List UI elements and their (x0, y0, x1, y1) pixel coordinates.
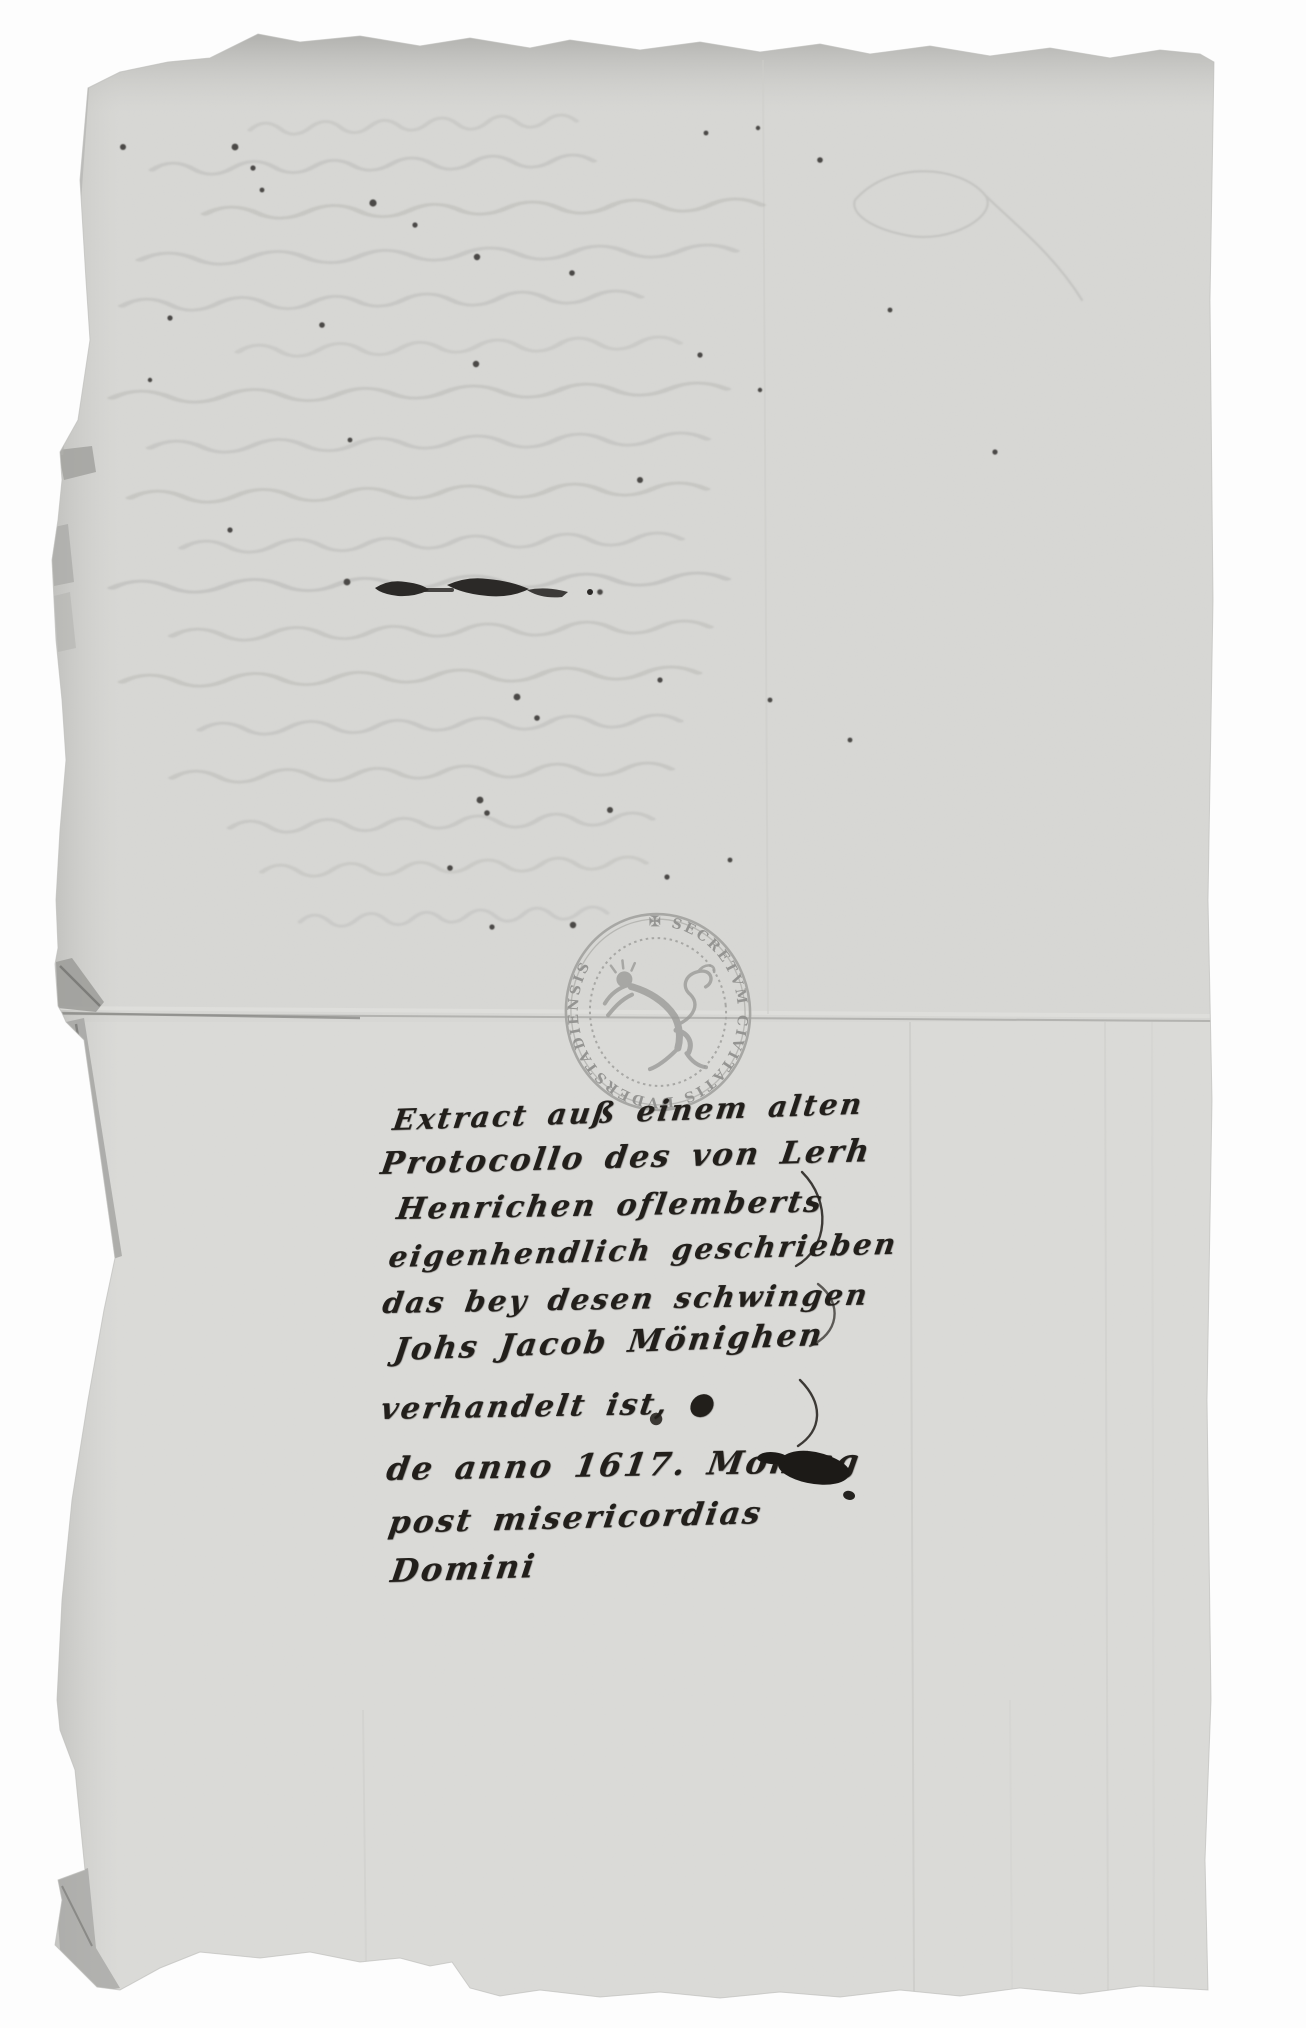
scan-background: ✠ SECRETVM CIVITATIS DVDERSTADIENSIS (0, 0, 1306, 2028)
lower-half-tone (50, 1022, 1230, 2002)
paper-sheet: ✠ SECRETVM CIVITATIS DVDERSTADIENSIS (0, 0, 1306, 2028)
